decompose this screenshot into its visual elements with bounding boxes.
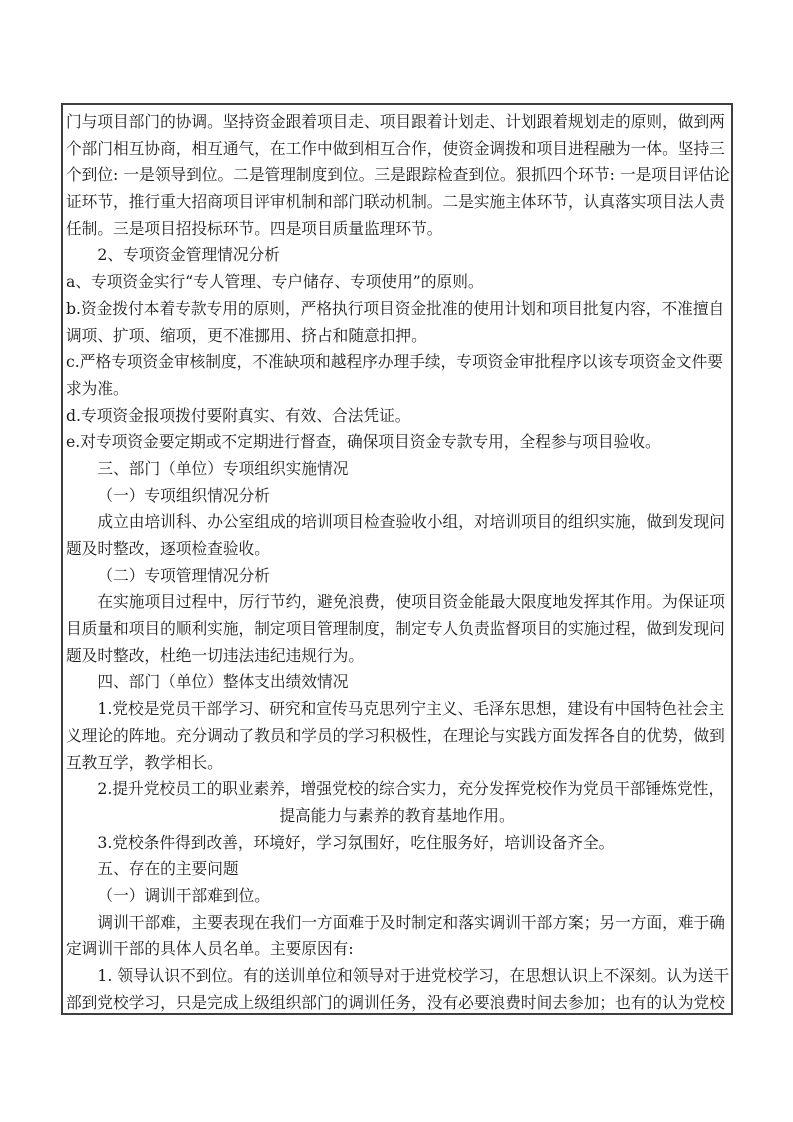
text-line: 定调训干部的具体人员名单。主要原因有:: [66, 936, 728, 963]
text-line: 五、存在的主要问题: [66, 856, 728, 883]
text-line: c.严格专项资金审核制度，不准缺项和越程序办理手续，专项资金审批程序以该专项资金…: [66, 349, 728, 376]
text-line: a、专项资金实行“专人管理、专户储存、专项使用”的原则。: [66, 269, 728, 296]
text-line: （一）专项组织情况分析: [66, 483, 728, 510]
text-line: 1.党校是党员干部学习、研究和宣传马克思列宁主义、毛泽东思想，建设有中国特色社会…: [66, 696, 728, 723]
document-page: 门与项目部门的协调。坚持资金跟着项目走、项目跟着计划走、计划跟着规划走的原则，做…: [0, 0, 793, 1122]
text-line: 求为准。: [66, 376, 728, 403]
text-line: 成立由培训科、办公室组成的培训项目检查验收小组，对培训项目的组织实施，做到发现问: [66, 509, 728, 536]
text-line: d.专项资金报项拨付要附真实、有效、合法凭证。: [66, 403, 728, 430]
text-line: 个到位: 一是领导到位。二是管理制度到位。三是跟踪检查到位。狠抓四个环节: 一是…: [66, 162, 728, 189]
text-line: 门与项目部门的协调。坚持资金跟着项目走、项目跟着计划走、计划跟着规划走的原则，做…: [66, 109, 728, 136]
text-line: （二）专项管理情况分析: [66, 563, 728, 590]
text-line: （一）调训干部难到位。: [66, 883, 728, 910]
text-line: b.资金拨付本着专款专用的原则，严格执行项目资金批准的使用计划和项目批复内容，不…: [66, 296, 728, 323]
text-line: 互教互学，教学相长。: [66, 750, 728, 777]
text-line: 题及时整改，杜绝一切违法违纪违规行为。: [66, 643, 728, 670]
text-line: 个部门相互协商，相互通气，在工作中做到相互合作，使资金调拨和项目进程融为一体。坚…: [66, 136, 728, 163]
text-line: 部到党校学习，只是完成上级组织部门的调训任务，没有必要浪费时间去参加；也有的认为…: [66, 990, 728, 1015]
text-line: e.对专项资金要定期或不定期进行督查，确保项目资金专款专用，全程参与项目验收。: [66, 429, 728, 456]
text-line: 任制。三是项目招投标环节。四是项目质量监理环节。: [66, 216, 728, 243]
text-line: 3.党校条件得到改善，环境好，学习氛围好，吃住服务好，培训设备齐全。: [66, 830, 728, 857]
document-cell: 门与项目部门的协调。坚持资金跟着项目走、项目跟着计划走、计划跟着规划走的原则，做…: [61, 103, 733, 1015]
text-line: 四、部门（单位）整体支出绩效情况: [66, 669, 728, 696]
text-line: 提高能力与素养的教育基地作用。: [66, 803, 728, 830]
text-line: 调训干部难，主要表现在我们一方面难于及时制定和落实调训干部方案；另一方面，难于确: [66, 910, 728, 937]
text-line: 在实施项目过程中，厉行节约，避免浪费，使项目资金能最大限度地发挥其作用。为保证项: [66, 589, 728, 616]
text-line: 目质量和项目的顺利实施，制定项目管理制度，制定专人负责监督项目的实施过程，做到发…: [66, 616, 728, 643]
text-line: 三、部门（单位）专项组织实施情况: [66, 456, 728, 483]
text-line: 2.提升党校员工的职业素养，增强党校的综合实力，充分发挥党校作为党员干部锤炼党性…: [66, 776, 728, 803]
text-line: 证环节，推行重大招商项目评审机制和部门联动机制。二是实施主体环节，认真落实项目法…: [66, 189, 728, 216]
text-line: 调项、扩项、缩项，更不准挪用、挤占和随意扣押。: [66, 323, 728, 350]
text-line: 义理论的阵地。充分调动了教员和学员的学习积极性，在理论与实践方面发挥各自的优势，…: [66, 723, 728, 750]
text-line: 1. 领导认识不到位。有的送训单位和领导对于进党校学习，在思想认识上不深刻。认为…: [66, 963, 728, 990]
text-line: 2、专项资金管理情况分析: [66, 242, 728, 269]
text-line: 题及时整改，逐项检查验收。: [66, 536, 728, 563]
